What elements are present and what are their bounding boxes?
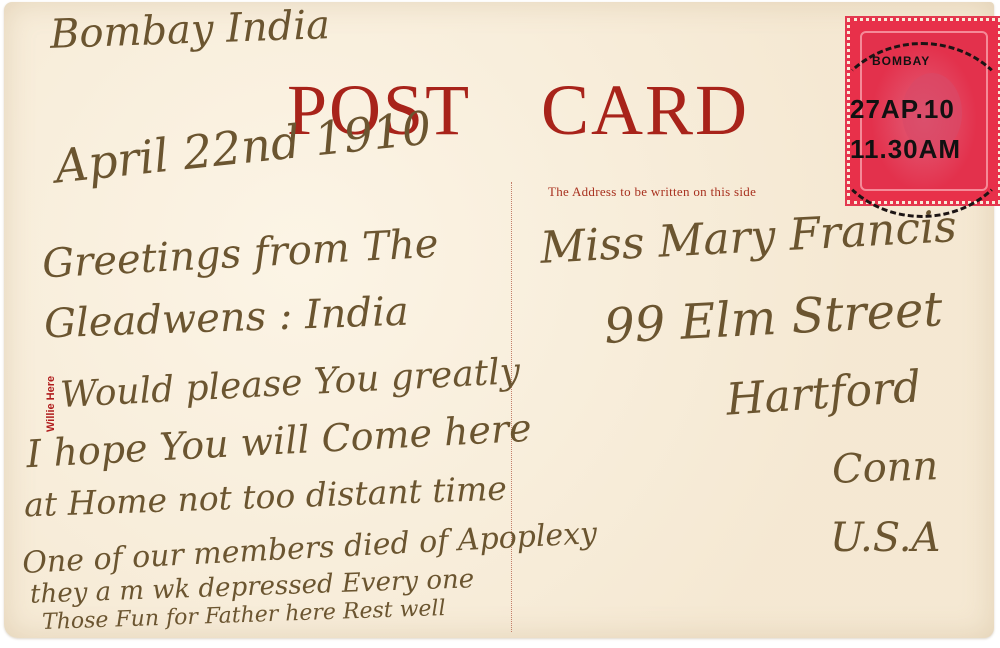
message-line: Would please You greatly (59, 354, 521, 414)
address-line: Conn (831, 446, 939, 490)
postcard: POST CARD The Address to be written on t… (4, 2, 994, 638)
address-line: Miss Mary Francis (539, 205, 958, 271)
postmark-time: 11.30AM (850, 134, 961, 165)
card-heading: CARD (541, 74, 749, 146)
message-line: at Home not too distant time (24, 472, 508, 522)
address-line: Hartford (725, 365, 923, 423)
address-line: U.S.A (830, 518, 940, 558)
message-line: Gleadwens : India (43, 292, 409, 345)
postmark-date: 27AP.10 (850, 94, 955, 125)
publisher-imprint: Willie Here (45, 376, 57, 432)
address-line: 99 Elm Street (603, 285, 944, 351)
message-place: Bombay India (49, 5, 330, 55)
message-line: I hope You will Come here (25, 409, 532, 473)
address-instruction: The Address to be written on this side (548, 184, 756, 200)
postmark-city: BOMBAY (872, 54, 930, 68)
message-date: April 22nd 1910 (53, 104, 434, 189)
message-line: Greetings from The (41, 224, 439, 285)
